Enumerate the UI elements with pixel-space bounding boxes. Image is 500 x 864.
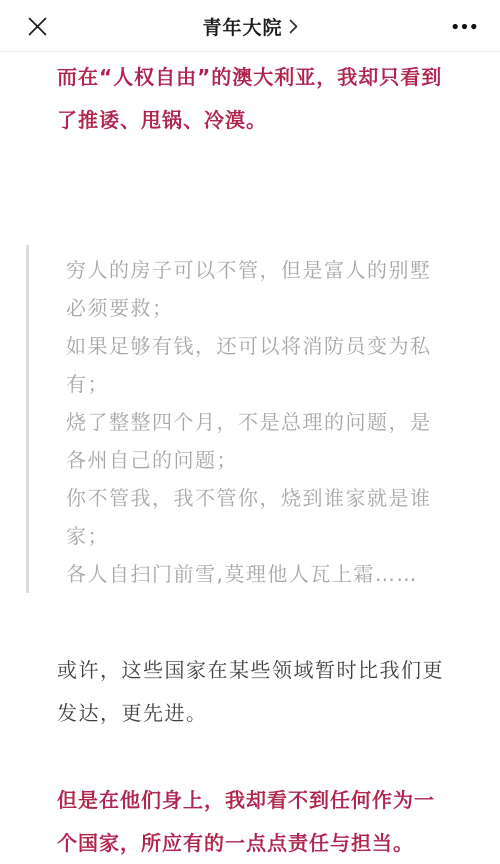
- text-line: 穷人的房子可以不管，但是富人的别墅: [66, 251, 460, 289]
- text-line: 你不管我，我不管你，烧到谁家就是谁: [66, 479, 460, 517]
- close-button[interactable]: [22, 0, 53, 52]
- text-line: 必须要救；: [66, 289, 460, 327]
- more-button[interactable]: [446, 0, 483, 52]
- text-line: 如果足够有钱，还可以将消防员变为私: [66, 327, 460, 365]
- more-dots-icon: [452, 23, 477, 30]
- page-title: 青年大院: [202, 13, 282, 40]
- highlight-paragraph-bottom: 但是在他们身上，我却看不到任何作为一个国家，所应有的一点点责任与担当。: [57, 779, 460, 864]
- text-line: 有；: [66, 365, 460, 403]
- text-line: 个国家，所应有的一点点责任与担当。: [57, 822, 460, 864]
- text-line: 烧了整整四个月，不是总理的问题，是: [66, 403, 460, 441]
- article-body: 而在“人权自由”的澳大利亚，我却只看到了推诿、甩锅、冷漠。 穷人的房子可以不管，…: [0, 56, 500, 864]
- text-line: 或许，这些国家在某些领域暂时比我们更: [57, 649, 460, 692]
- highlight-paragraph-top: 而在“人权自由”的澳大利亚，我却只看到了推诿、甩锅、冷漠。: [57, 56, 460, 142]
- text-line: 各州自己的问题；: [66, 441, 460, 479]
- text-line: 而在“人权自由”的澳大利亚，我却只看到: [57, 56, 460, 99]
- chevron-right-icon: [289, 19, 298, 34]
- text-line: 各人自扫门前雪,莫理他人瓦上霜……: [66, 555, 460, 593]
- text-line: 发达，更先进。: [57, 692, 460, 735]
- account-title-link[interactable]: 青年大院: [60, 0, 440, 52]
- body-paragraph: 或许，这些国家在某些领域暂时比我们更发达，更先进。: [57, 649, 460, 735]
- wechat-article-screen: 青年大院 而在“人权自由”的澳大利亚，我却只看到了推诿、甩锅、冷漠。 穷人的房子…: [0, 0, 500, 864]
- text-line: 了推诿、甩锅、冷漠。: [57, 99, 460, 142]
- text-line: 家；: [66, 517, 460, 555]
- close-icon: [28, 17, 47, 36]
- titlebar: 青年大院: [0, 0, 500, 52]
- quote-block: 穷人的房子可以不管，但是富人的别墅必须要救；如果足够有钱，还可以将消防员变为私有…: [26, 245, 460, 593]
- text-line: 但是在他们身上，我却看不到任何作为一: [57, 779, 460, 822]
